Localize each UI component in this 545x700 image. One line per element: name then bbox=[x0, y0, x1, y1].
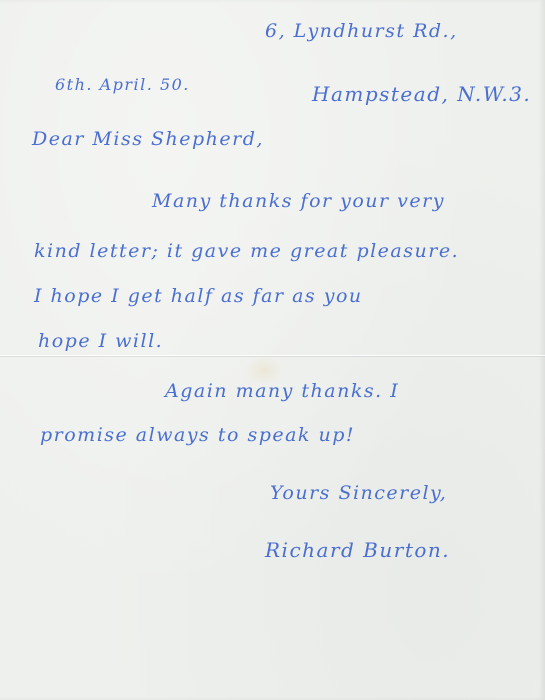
sender-address-line-2: Hampstead, N.W.3. bbox=[312, 82, 531, 106]
body-line: promise always to speak up! bbox=[40, 424, 355, 446]
closing: Yours Sincerely, bbox=[270, 482, 447, 504]
sender-address-line-1: 6, Lyndhurst Rd., bbox=[265, 20, 458, 42]
body-line: Again many thanks. I bbox=[165, 380, 399, 402]
signature: Richard Burton. bbox=[265, 538, 450, 562]
salutation: Dear Miss Shepherd, bbox=[32, 128, 264, 150]
body-line: hope I will. bbox=[38, 330, 163, 352]
letter-page: 6, Lyndhurst Rd., 6th. April. 50. Hampst… bbox=[0, 0, 545, 700]
body-line: Many thanks for your very bbox=[152, 190, 445, 212]
body-line: I hope I get half as far as you bbox=[34, 285, 363, 307]
body-line: kind letter; it gave me great pleasure. bbox=[34, 240, 459, 262]
letter-date: 6th. April. 50. bbox=[55, 75, 190, 94]
